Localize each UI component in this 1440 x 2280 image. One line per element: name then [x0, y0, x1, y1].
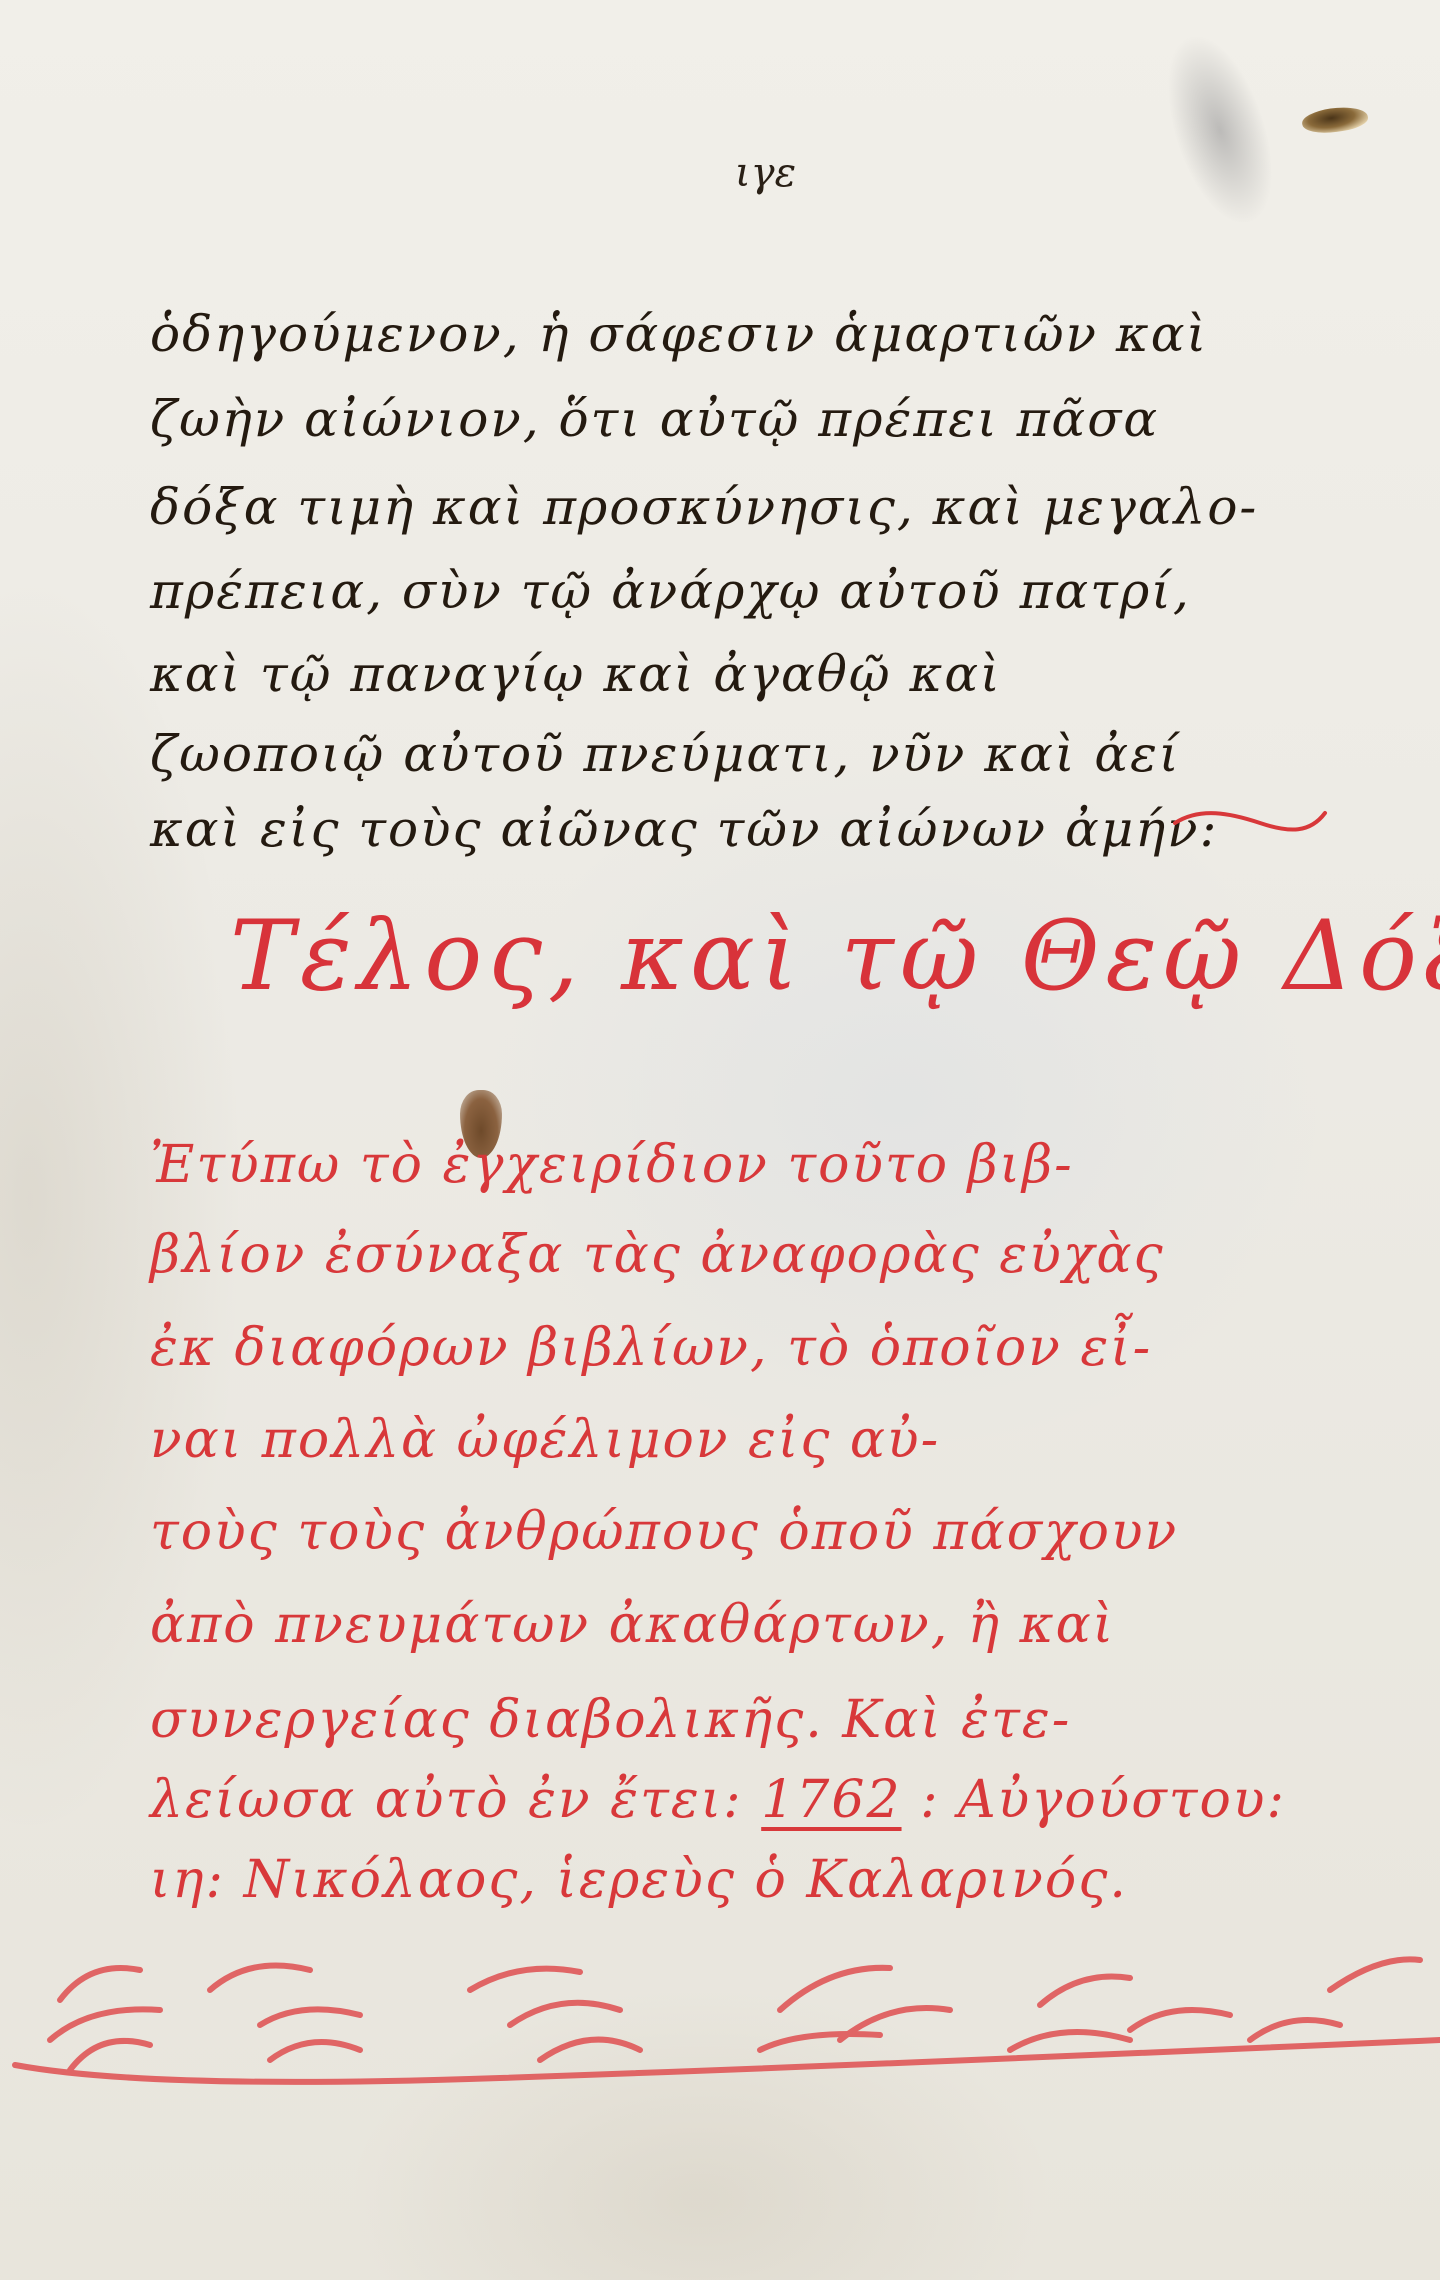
red-text-line: ναι πολλὰ ὠφέλιμον εἰς αὐ-: [150, 1410, 940, 1470]
black-text-line: καὶ εἰς τοὺς αἰῶνας τῶν αἰώνων ἀμήν:: [150, 800, 1218, 858]
folio-number: ιγε: [735, 150, 796, 196]
colophon-signature: ιη: Νικόλαος, ἱερεὺς ὁ Καλαρινός.: [150, 1850, 1128, 1910]
colophon-year: 1762: [761, 1770, 901, 1830]
black-text-line: πρέπεια, σὺν τῷ ἀνάρχῳ αὐτοῦ πατρί,: [150, 562, 1191, 620]
wave-ornament: [0, 1950, 1440, 2090]
black-text-line: ζωοποιῷ αὐτοῦ πνεύματι, νῦν καὶ ἀεί: [150, 725, 1181, 783]
red-text-line: συνεργείας διαβολικῆς. Καὶ ἐτε-: [150, 1690, 1071, 1750]
black-text-line: καὶ τῷ παναγίῳ καὶ ἀγαθῷ καὶ: [150, 645, 1002, 703]
red-text-line: ἀπὸ πνευμάτων ἀκαθάρτων, ἢ καὶ: [150, 1595, 1115, 1655]
red-flourish: [1170, 805, 1330, 835]
ink-smudge: [1123, 0, 1317, 272]
red-text-line: τοὺς τοὺς ἀνθρώπους ὁποῦ πάσχουν: [150, 1502, 1178, 1562]
worm-hole: [1301, 104, 1370, 137]
red-text-line: βλίον ἐσύναξα τὰς ἀναφορὰς εὐχὰς: [150, 1225, 1165, 1285]
black-text-line: δόξα τιμὴ καὶ προσκύνησις, καὶ μεγαλο-: [150, 478, 1258, 536]
colophon-month: : Αὐγούστου:: [920, 1770, 1286, 1830]
red-text-line: ἐκ διαφόρων βιβλίων, τὸ ὁποῖον εἶ-: [150, 1318, 1152, 1378]
manuscript-page: ιγε ὁδηγούμενον, ἡ σάφεσιν ἁμαρτιῶν καὶ …: [0, 0, 1440, 2280]
rubric-title: Τέλος, καὶ τῷ Θεῷ Δόξα: [230, 900, 1440, 1012]
colophon-date-line: λείωσα αὐτὸ ἐν ἔτει: 1762 : Αὐγούστου:: [150, 1770, 1286, 1830]
red-text-line: Ἐτύπω τὸ ἐγχειρίδιον τοῦτο βιβ-: [150, 1135, 1074, 1195]
black-text-line: ζωὴν αἰώνιον, ὅτι αὐτῷ πρέπει πᾶσα: [150, 390, 1159, 448]
baseline-rule: [15, 2040, 1440, 2082]
black-text-line: ὁδηγούμενον, ἡ σάφεσιν ἁμαρτιῶν καὶ: [150, 305, 1208, 363]
red-text-line: λείωσα αὐτὸ ἐν ἔτει:: [150, 1770, 743, 1830]
